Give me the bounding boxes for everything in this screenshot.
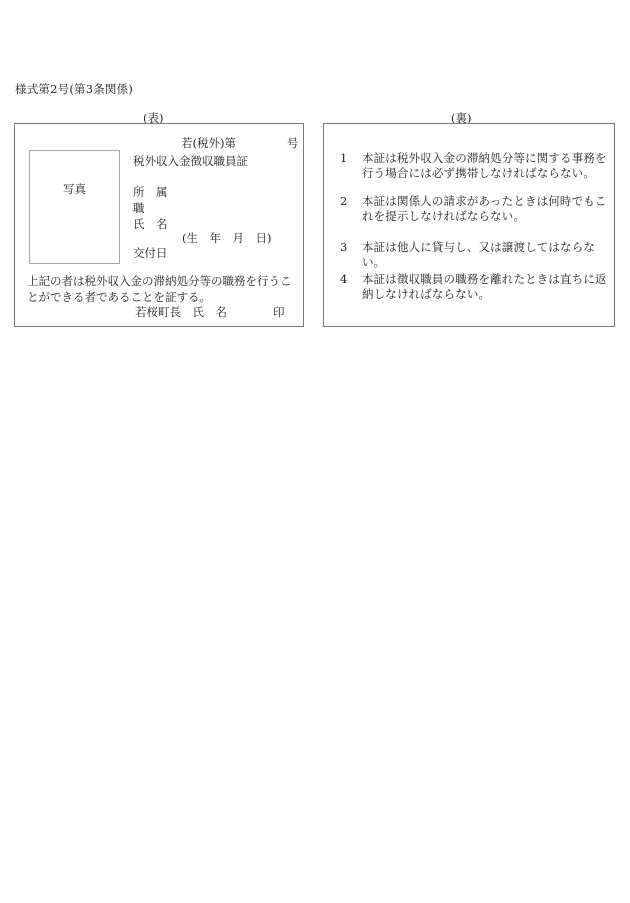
number-prefix: 若(税外)第 (181, 135, 236, 151)
item-line: 本証は徴収職員の職務を離れたときは直ちに返 (362, 272, 612, 287)
field-name: 氏 名 (133, 216, 168, 232)
certification-line-1: 上記の者は税外収入金の滞納処分等の職務を行うこ (27, 273, 292, 289)
form-title: 様式第2号(第3条関係) (15, 81, 133, 97)
field-birth: (生 年 月 日) (182, 230, 271, 246)
field-affiliation: 所 属 (133, 184, 168, 200)
item-line: 納しなければならない。 (362, 287, 612, 302)
seal-mark: 印 (273, 304, 285, 320)
item-number: 4 (340, 272, 362, 287)
item-number: 3 (340, 240, 362, 255)
back-item-1: 1本証は税外収入金の滞納処分等に関する事務を行う場合には必ず携帯しなければならな… (340, 151, 612, 181)
back-item-3: 3本証は他人に貸与し、又は譲渡してはならない。 (340, 240, 612, 270)
certification-line-2: とができる者であることを証する。 (27, 289, 211, 305)
item-line: 行う場合には必ず携帯しなければならない。 (362, 166, 612, 181)
number-suffix: 号 (287, 135, 299, 151)
signature-title: 若桜町長 氏 名 (135, 304, 227, 320)
item-line: 本証は関係人の請求があったときは何時でもこ (362, 194, 612, 209)
item-number: 1 (340, 151, 362, 166)
card-title: 税外収入金徴収職員証 (133, 153, 248, 169)
back-card: 1本証は税外収入金の滞納処分等に関する事務を行う場合には必ず携帯しなければならな… (323, 123, 615, 327)
item-line: 本証は他人に貸与し、又は譲渡してはならない。 (362, 240, 612, 270)
item-line: れを提示しなければならない。 (362, 209, 612, 224)
back-item-4: 4本証は徴収職員の職務を離れたときは直ちに返納しなければならない。 (340, 272, 612, 302)
item-line: 本証は税外収入金の滞納処分等に関する事務を (362, 151, 612, 166)
front-card: 若(税外)第 号 税外収入金徴収職員証 写真 所 属 職 氏 名 (生 年 月 … (14, 123, 304, 327)
back-item-2: 2本証は関係人の請求があったときは何時でもこれを提示しなければならない。 (340, 194, 612, 224)
photo-placeholder: 写真 (29, 150, 120, 264)
item-number: 2 (340, 194, 362, 209)
photo-label: 写真 (30, 181, 119, 197)
field-position: 職 (133, 200, 145, 216)
field-issue-date: 交付日 (133, 245, 168, 261)
